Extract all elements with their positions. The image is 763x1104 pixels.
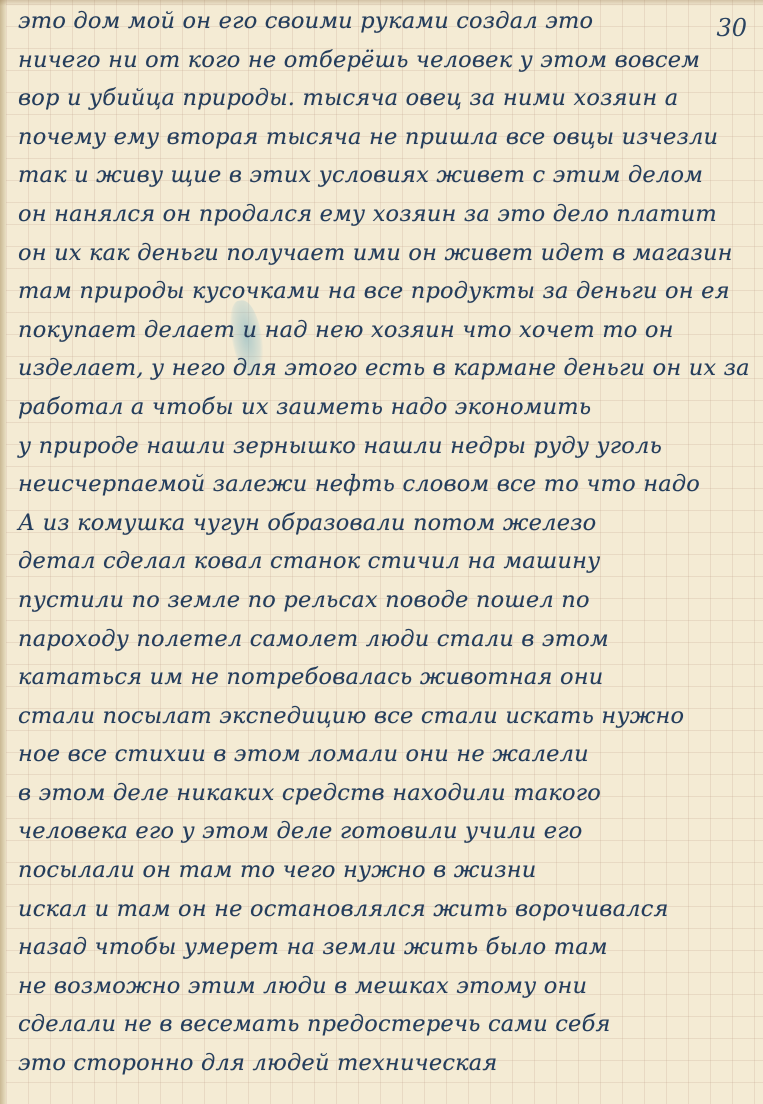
text-line: почему ему вторая тысяча не пришла все о… [8,118,723,157]
text-line: детал сделал ковал станок стичил на маши… [8,542,723,581]
text-line: А из комушка чугун образовали потом желе… [8,504,723,543]
text-line: он нанялся он продался ему хозяин за это… [8,195,723,234]
text-line: кататься им не потребовалась животная он… [8,658,723,697]
text-line: пустили по земле по рельсах поводе пошел… [8,581,723,620]
text-line: ничего ни от кого не отберёшь человек у … [8,41,723,80]
text-line: в этом деле никаких средств находили так… [8,774,723,813]
notebook-page: 30 это дом мой он его своими руками созд… [0,0,763,1104]
text-line: работал а чтобы их заиметь надо экономит… [8,388,723,427]
text-line: там природы кусочками на все продукты за… [8,272,723,311]
text-line: сделали не в весемать предостеречь сами … [8,1005,723,1044]
text-line: у природе нашли зернышко нашли недры руд… [8,427,723,466]
text-line: человека его у этом деле готовили учили … [8,812,723,851]
text-line: покупает делает и над нею хозяин что хоч… [8,311,723,350]
text-line: он их как деньги получает ими он живет и… [8,234,723,273]
text-line: вор и убийца природы. тысяча овец за ним… [8,79,723,118]
text-line: назад чтобы умерет на земли жить было та… [8,928,723,967]
text-line: это дом мой он его своими руками создал … [8,2,723,41]
notebook-binding-edge [0,0,6,1104]
text-line: изделает, у него для этого есть в карман… [8,349,723,388]
text-line: не возможно этим люди в мешках этому они [8,967,723,1006]
text-line: это сторонно для людей техническая [8,1044,723,1083]
text-line: стали посылат экспедицию все стали искат… [8,697,723,736]
text-line: посылали он там то чего нужно в жизни [8,851,723,890]
text-line: неисчерпаемой залежи нефть словом все то… [8,465,723,504]
text-line: ное все стихии в этом ломали они не жале… [8,735,723,774]
handwritten-text-block: это дом мой он его своими руками создал … [8,2,723,1083]
text-line: так и живу щие в этих условиях живет с э… [8,156,723,195]
text-line: искал и там он не остановлялся жить воро… [8,890,723,929]
text-line: пароходу полетел самолет люди стали в эт… [8,620,723,659]
